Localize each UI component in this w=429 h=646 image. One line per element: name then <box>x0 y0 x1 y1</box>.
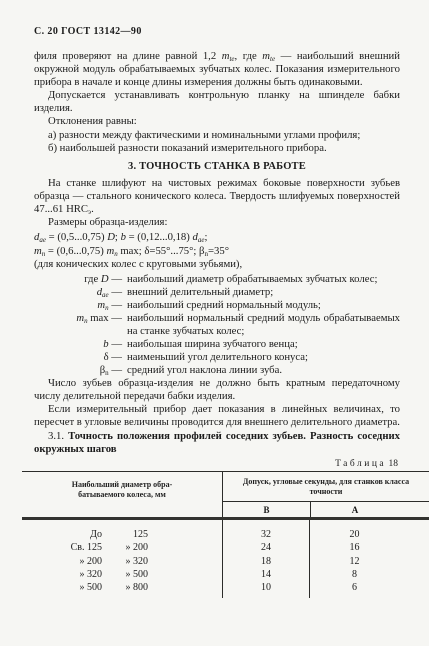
table-header-tolerance-title: Допуск, угловые секунды, для станков кла… <box>241 477 411 497</box>
paragraph-linear-values: Если измерительный прибор дает показания… <box>34 403 400 429</box>
table-header: Наибольший диаметр обра- батываемого кол… <box>22 471 429 517</box>
table-cell-range: » 200» 320 <box>22 555 222 568</box>
definition-term: mn max — <box>34 312 122 338</box>
range-to: » 200 <box>106 541 148 554</box>
paragraph-teeth-number: Число зубьев образца-изделия не должно б… <box>34 377 400 403</box>
definition-text: наименьший угол делительного конуса; <box>122 351 400 364</box>
range-from: » 500 <box>22 581 102 594</box>
table-cell-a: 8 <box>309 568 429 581</box>
formula-block: dae = (0,5...0,75) D; b = (0,12...0,18) … <box>34 231 400 271</box>
formula-line-1: dae = (0,5...0,75) D; b = (0,12...0,18) … <box>34 231 400 244</box>
table-cell-a: 16 <box>309 541 429 554</box>
definition-row: где D — наибольший диаметр обрабатываемы… <box>34 273 400 286</box>
range-from: До <box>22 528 102 541</box>
table-cell-range: » 320» 500 <box>22 568 222 581</box>
table-label-word: Таблица <box>335 459 386 469</box>
range-to: 125 <box>106 528 148 541</box>
table-row: » 200» 320 18 12 <box>22 555 429 568</box>
section-heading: 3. ТОЧНОСТЬ СТАНКА В РАБОТЕ <box>34 161 400 172</box>
range-from: Св. 125 <box>22 541 102 554</box>
definition-row: βn — средний угол наклона линии зуба. <box>34 364 400 377</box>
definition-text: наибольший нормальный средний модуль обр… <box>122 312 400 338</box>
paragraph-profile-check: филя проверяют на длине равной 1,2 mte, … <box>34 50 400 89</box>
page-content: С. 20 ГОСТ 13142—90 филя проверяют на дл… <box>0 0 429 598</box>
table-cell-b: 18 <box>222 555 309 568</box>
table-cell-range: До125 <box>22 520 222 541</box>
definition-term: где D — <box>34 273 122 286</box>
table-cell-b: 32 <box>222 520 309 541</box>
definition-term: b — <box>34 338 122 351</box>
formula-line-2: mn = (0,6...0,75) mn max; δ=55°...75°; β… <box>34 245 400 258</box>
definitions-list: где D — наибольший диаметр обрабатываемы… <box>34 273 400 376</box>
table-cell-range: » 500» 800 <box>22 581 222 598</box>
table-row: » 320» 500 14 8 <box>22 568 429 581</box>
range-from: » 320 <box>22 568 102 581</box>
table-header-tolerance: Допуск, угловые секунды, для станков кла… <box>222 472 429 517</box>
document-page: С. 20 ГОСТ 13142—90 филя проверяют на дл… <box>0 0 429 646</box>
table-cell-b: 10 <box>222 581 309 598</box>
table-body: До125 32 20 Св. 125» 200 24 16 » 200» 32… <box>22 520 429 598</box>
definition-text: наибольшая ширина зубчатого венца; <box>122 338 400 351</box>
subsection-heading: 3.1. Точность положения профилей соседни… <box>34 430 400 456</box>
subsection-number: 3.1. <box>48 430 64 442</box>
subsection-title: Точность положения профилей соседних зуб… <box>34 430 400 455</box>
definition-row: δ — наименьший угол делительного конуса; <box>34 351 400 364</box>
definition-row: mn — наибольший средний нормальный модул… <box>34 299 400 312</box>
definition-row: b — наибольшая ширина зубчатого венца; <box>34 338 400 351</box>
table-header-diameter-line2: батываемого колеса, мм <box>22 490 222 500</box>
table-cell-b: 14 <box>222 568 309 581</box>
table-cell-a: 12 <box>309 555 429 568</box>
range-to: » 800 <box>106 581 148 594</box>
range-to: » 500 <box>106 568 148 581</box>
table-row: До125 32 20 <box>22 520 429 541</box>
table-row: » 500» 800 10 6 <box>22 581 429 598</box>
definition-row: mn max — наибольший нормальный средний м… <box>34 312 400 338</box>
table-cell-a: 6 <box>309 581 429 598</box>
table-cell-a: 20 <box>309 520 429 541</box>
paragraph-sample-sizes: Размеры образца-изделия: <box>34 216 400 229</box>
table-cell-b: 24 <box>222 541 309 554</box>
paragraph-control-bar: Допускается устанавливать контрольную пл… <box>34 89 400 115</box>
table-cell-range: Св. 125» 200 <box>22 541 222 554</box>
paragraph-item-a: а) разности между фактическими и номинал… <box>34 129 400 142</box>
tolerance-table: Наибольший диаметр обра- батываемого кол… <box>22 471 429 598</box>
table-subheader-class-b: В <box>223 502 310 517</box>
definition-term: dae — <box>34 286 122 299</box>
table-header-diameter: Наибольший диаметр обра- батываемого кол… <box>22 472 222 517</box>
definition-text: средний угол наклона линии зуба. <box>122 364 400 377</box>
paragraph-deviations: Отклонения равны: <box>34 115 400 128</box>
table-label: Таблица 18 <box>34 459 398 469</box>
definition-text: внешний делительный диаметр; <box>122 286 400 299</box>
paragraph-item-b: б) наибольшей разности показаний измерит… <box>34 142 400 155</box>
table-subheaders: В А <box>223 502 429 517</box>
definition-term: βn — <box>34 364 122 377</box>
paragraph-grinding: На станке шлифуют на чистовых режимах бо… <box>34 177 400 216</box>
definition-term: mn — <box>34 299 122 312</box>
range-to: » 320 <box>106 555 148 568</box>
definition-text: наибольший средний нормальный модуль; <box>122 299 400 312</box>
table-subheader-class-a: А <box>310 502 429 517</box>
page-header: С. 20 ГОСТ 13142—90 <box>34 26 400 37</box>
table-header-diameter-line1: Наибольший диаметр обра- <box>22 480 222 490</box>
range-from: » 200 <box>22 555 102 568</box>
definition-term: δ — <box>34 351 122 364</box>
definition-row: dae — внешний делительный диаметр; <box>34 286 400 299</box>
definition-text: наибольший диаметр обрабатываемых зубчат… <box>122 273 400 286</box>
formula-line-3: (для конических колес с круговыми зубьям… <box>34 258 400 271</box>
table-row: Св. 125» 200 24 16 <box>22 541 429 554</box>
table-label-number: 18 <box>389 459 399 469</box>
